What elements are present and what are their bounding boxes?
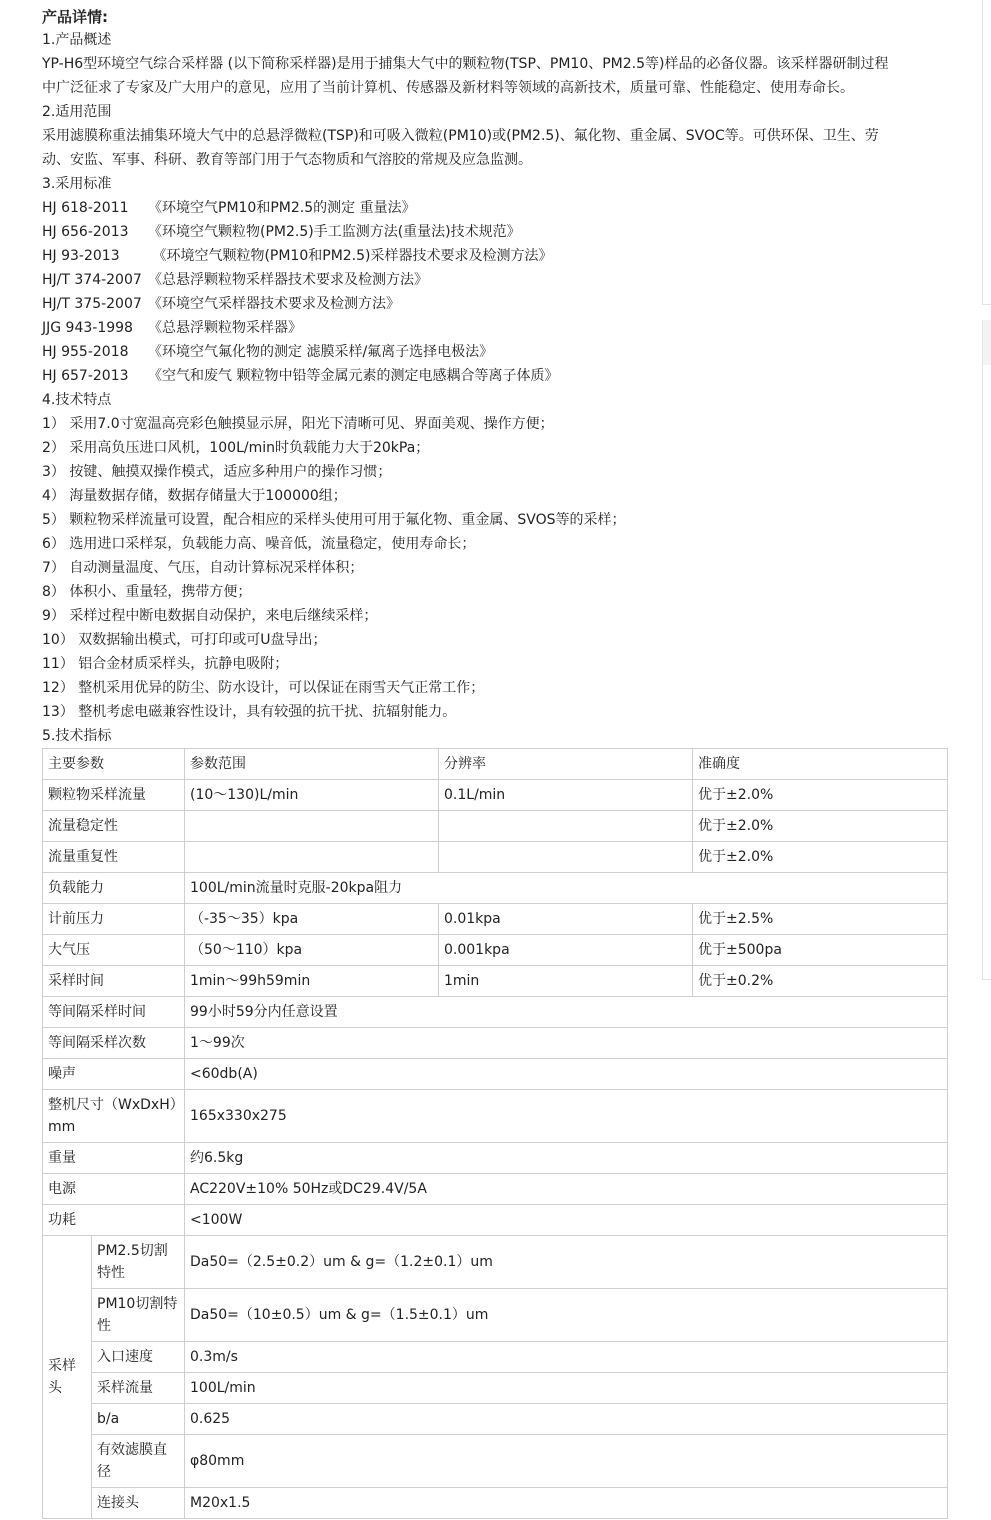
feature-item: 9） 采样过程中断电数据自动保护，来电后继续采样； — [42, 604, 947, 628]
standard-code: HJ/T 375-2007 — [42, 292, 148, 316]
param-cell: 有效滤膜直径 — [92, 1435, 185, 1488]
sampling-head-label: 采样头 — [43, 1236, 92, 1519]
accuracy-cell: 优于±2.0% — [693, 842, 948, 873]
section-heading-specs: 5.技术指标 — [42, 724, 947, 748]
header-cell: 主要参数 — [43, 749, 185, 780]
table-row: 电源 AC220V±10% 50Hz或DC29.4V/5A — [43, 1174, 948, 1205]
param-cell: 颗粒物采样流量 — [43, 780, 185, 811]
spec-table: 主要参数 参数范围 分辨率 准确度 颗粒物采样流量 (10～130)L/min … — [42, 748, 948, 1519]
value-cell: 0.625 — [185, 1404, 948, 1435]
standard-item: HJ/T 375-2007《环境空气采样器技术要求及检测方法》 — [42, 292, 947, 316]
product-detail: 产品详情: 1.产品概述 YP-H6型环境空气综合采样器 (以下简称采样器)是用… — [42, 6, 947, 1519]
param-cell: 计前压力 — [43, 904, 185, 935]
param-cell: 重量 — [43, 1143, 185, 1174]
table-row: 连接头 M20x1.5 — [43, 1488, 948, 1519]
standard-code: HJ/T 374-2007 — [42, 268, 148, 292]
page-title: 产品详情: — [42, 6, 947, 28]
table-row: 等间隔采样时间 99小时59分内任意设置 — [43, 997, 948, 1028]
standard-name: 《环境空气氟化物的测定 滤膜采样/氟离子选择电极法》 — [148, 344, 493, 360]
table-row: 采样时间 1min～99h59min 1min 优于±0.2% — [43, 966, 948, 997]
table-row: 采样头 PM2.5切割特性 Da50=（2.5±0.2）um & g=（1.2±… — [43, 1236, 948, 1289]
table-row: 等间隔采样次数 1～99次 — [43, 1028, 948, 1059]
value-cell: 1～99次 — [185, 1028, 948, 1059]
table-row: 有效滤膜直径 φ80mm — [43, 1435, 948, 1488]
standard-item: HJ 618-2011《环境空气PM10和PM2.5的测定 重量法》 — [42, 196, 947, 220]
param-cell: 功耗 — [43, 1205, 185, 1236]
section-heading-scope: 2.适用范围 — [42, 100, 947, 124]
standard-item: HJ 657-2013《空气和废气 颗粒物中铅等金属元素的测定电感耦合等离子体质… — [42, 364, 947, 388]
overview-text-line: 中广泛征求了专家及广大用户的意见，应用了当前计算机、传感器及新材料等领域的高新技… — [42, 76, 947, 100]
value-cell: 165x330x275 — [185, 1090, 948, 1143]
feature-item: 13） 整机考虑电磁兼容性设计，具有较强的抗干扰、抗辐射能力。 — [42, 700, 947, 724]
standard-name: 《环境空气PM10和PM2.5的测定 重量法》 — [148, 200, 416, 216]
param-cell: 等间隔采样次数 — [43, 1028, 185, 1059]
section-heading-features: 4.技术特点 — [42, 388, 947, 412]
param-cell: 连接头 — [92, 1488, 185, 1519]
feature-item: 5） 颗粒物采样流量可设置，配合相应的采样头使用可用于氟化物、重金属、SVOS等… — [42, 508, 947, 532]
standard-name: 《环境空气颗粒物(PM10和PM2.5)采样器技术要求及检测方法》 — [148, 248, 553, 264]
overview-text-line: YP-H6型环境空气综合采样器 (以下简称采样器)是用于捕集大气中的颗粒物(TS… — [42, 52, 947, 76]
standard-name: 《总悬浮颗粒物采样器》 — [148, 320, 302, 336]
header-cell: 参数范围 — [185, 749, 439, 780]
value-cell: 100L/min流量时克服-20kpa阻力 — [185, 873, 948, 904]
standard-code: JJG 943-1998 — [42, 316, 148, 340]
table-row: 采样流量 100L/min — [43, 1373, 948, 1404]
table-row: PM10切割特性 Da50=（10±0.5）um & g=（1.5±0.1）um — [43, 1289, 948, 1342]
table-row: b/a 0.625 — [43, 1404, 948, 1435]
feature-item: 11） 铝合金材质采样头，抗静电吸附； — [42, 652, 947, 676]
resolution-cell: 0.1L/min — [439, 780, 693, 811]
accuracy-cell: 优于±2.0% — [693, 780, 948, 811]
table-row: 计前压力 （-35～35）kpa 0.01kpa 优于±2.5% — [43, 904, 948, 935]
table-row: 流量重复性 优于±2.0% — [43, 842, 948, 873]
param-cell: 入口速度 — [92, 1342, 185, 1373]
accuracy-cell: 优于±2.0% — [693, 811, 948, 842]
value-cell: φ80mm — [185, 1435, 948, 1488]
table-row: 负载能力 100L/min流量时克服-20kpa阻力 — [43, 873, 948, 904]
param-cell: 整机尺寸（WxDxH）mm — [43, 1090, 185, 1143]
table-row: 大气压 （50～110）kpa 0.001kpa 优于±500pa — [43, 935, 948, 966]
table-row: 颗粒物采样流量 (10～130)L/min 0.1L/min 优于±2.0% — [43, 780, 948, 811]
feature-item: 8） 体积小、重量轻，携带方便； — [42, 580, 947, 604]
param-cell: 大气压 — [43, 935, 185, 966]
resolution-cell: 1min — [439, 966, 693, 997]
value-cell: 100L/min — [185, 1373, 948, 1404]
standard-code: HJ 955-2018 — [42, 340, 148, 364]
header-cell: 分辨率 — [439, 749, 693, 780]
feature-item: 3） 按键、触摸双操作模式，适应多种用户的操作习惯； — [42, 460, 947, 484]
param-cell: 电源 — [43, 1174, 185, 1205]
standard-item: JJG 943-1998《总悬浮颗粒物采样器》 — [42, 316, 947, 340]
param-cell: 流量稳定性 — [43, 811, 185, 842]
param-cell: PM10切割特性 — [92, 1289, 185, 1342]
feature-item: 4） 海量数据存储，数据存储量大于100000组； — [42, 484, 947, 508]
value-cell: 0.3m/s — [185, 1342, 948, 1373]
standard-item: HJ 955-2018《环境空气氟化物的测定 滤膜采样/氟离子选择电极法》 — [42, 340, 947, 364]
standard-item: HJ 656-2013《环境空气颗粒物(PM2.5)手工监测方法(重量法)技术规… — [42, 220, 947, 244]
feature-item: 7） 自动测量温度、气压，自动计算标况采样体积； — [42, 556, 947, 580]
table-row: 流量稳定性 优于±2.0% — [43, 811, 948, 842]
value-cell: 约6.5kg — [185, 1143, 948, 1174]
range-cell — [185, 842, 439, 873]
scope-text-line: 采用滤膜称重法捕集环境大气中的总悬浮微粒(TSP)和可吸入微粒(PM10)或(P… — [42, 124, 947, 148]
standard-item: HJ/T 374-2007《总悬浮颗粒物采样器技术要求及检测方法》 — [42, 268, 947, 292]
sidebar-panel-edge — [982, 0, 991, 305]
table-row: 整机尺寸（WxDxH）mm 165x330x275 — [43, 1090, 948, 1143]
value-cell: 99小时59分内任意设置 — [185, 997, 948, 1028]
standard-name: 《环境空气颗粒物(PM2.5)手工监测方法(重量法)技术规范》 — [148, 224, 521, 240]
range-cell: （50～110）kpa — [185, 935, 439, 966]
accuracy-cell: 优于±0.2% — [693, 966, 948, 997]
feature-item: 6） 选用进口采样泵，负载能力高、噪音低，流量稳定，使用寿命长； — [42, 532, 947, 556]
value-cell: <60db(A) — [185, 1059, 948, 1090]
table-row: 功耗 <100W — [43, 1205, 948, 1236]
value-cell: Da50=（2.5±0.2）um & g=（1.2±0.1）um — [185, 1236, 948, 1289]
scope-text-line: 动、安监、军事、科研、教育等部门用于气态物质和气溶胶的常规及应急监测。 — [42, 148, 947, 172]
resolution-cell: 0.01kpa — [439, 904, 693, 935]
sidebar-panel-edge-lower — [982, 320, 991, 980]
section-heading-standards: 3.采用标准 — [42, 172, 947, 196]
value-cell: AC220V±10% 50Hz或DC29.4V/5A — [185, 1174, 948, 1205]
table-row: 重量 约6.5kg — [43, 1143, 948, 1174]
standard-code: HJ 618-2011 — [42, 196, 148, 220]
standard-code: HJ 656-2013 — [42, 220, 148, 244]
range-cell: (10～130)L/min — [185, 780, 439, 811]
resolution-cell — [439, 811, 693, 842]
param-cell: 噪声 — [43, 1059, 185, 1090]
table-row: 噪声 <60db(A) — [43, 1059, 948, 1090]
feature-item: 10） 双数据输出模式，可打印或可U盘导出； — [42, 628, 947, 652]
standard-name: 《总悬浮颗粒物采样器技术要求及检测方法》 — [148, 272, 428, 288]
param-cell: 采样时间 — [43, 966, 185, 997]
param-cell: b/a — [92, 1404, 185, 1435]
feature-item: 12） 整机采用优异的防尘、防水设计，可以保证在雨雪天气正常工作； — [42, 676, 947, 700]
value-cell: M20x1.5 — [185, 1488, 948, 1519]
feature-item: 2） 采用高负压进口风机，100L/min时负载能力大于20kPa； — [42, 436, 947, 460]
standard-code: HJ 657-2013 — [42, 364, 148, 388]
value-cell: Da50=（10±0.5）um & g=（1.5±0.1）um — [185, 1289, 948, 1342]
range-cell — [185, 811, 439, 842]
param-cell: 等间隔采样时间 — [43, 997, 185, 1028]
standard-code: HJ 93-2013 — [42, 244, 148, 268]
accuracy-cell: 优于±2.5% — [693, 904, 948, 935]
standard-item: HJ 93-2013 《环境空气颗粒物(PM10和PM2.5)采样器技术要求及检… — [42, 244, 947, 268]
resolution-cell — [439, 842, 693, 873]
range-cell: （-35～35）kpa — [185, 904, 439, 935]
section-heading-overview: 1.产品概述 — [42, 28, 947, 52]
table-row: 入口速度 0.3m/s — [43, 1342, 948, 1373]
resolution-cell: 0.001kpa — [439, 935, 693, 966]
param-cell: PM2.5切割特性 — [92, 1236, 185, 1289]
accuracy-cell: 优于±500pa — [693, 935, 948, 966]
range-cell: 1min～99h59min — [185, 966, 439, 997]
table-header-row: 主要参数 参数范围 分辨率 准确度 — [43, 749, 948, 780]
header-cell: 准确度 — [693, 749, 948, 780]
param-cell: 流量重复性 — [43, 842, 185, 873]
standard-name: 《空气和废气 颗粒物中铅等金属元素的测定电感耦合等离子体质》 — [148, 368, 558, 384]
standard-name: 《环境空气采样器技术要求及检测方法》 — [148, 296, 400, 312]
feature-item: 1） 采用7.0寸宽温高亮彩色触摸显示屏，阳光下清晰可见、界面美观、操作方便； — [42, 412, 947, 436]
value-cell: <100W — [185, 1205, 948, 1236]
param-cell: 负载能力 — [43, 873, 185, 904]
param-cell: 采样流量 — [92, 1373, 185, 1404]
